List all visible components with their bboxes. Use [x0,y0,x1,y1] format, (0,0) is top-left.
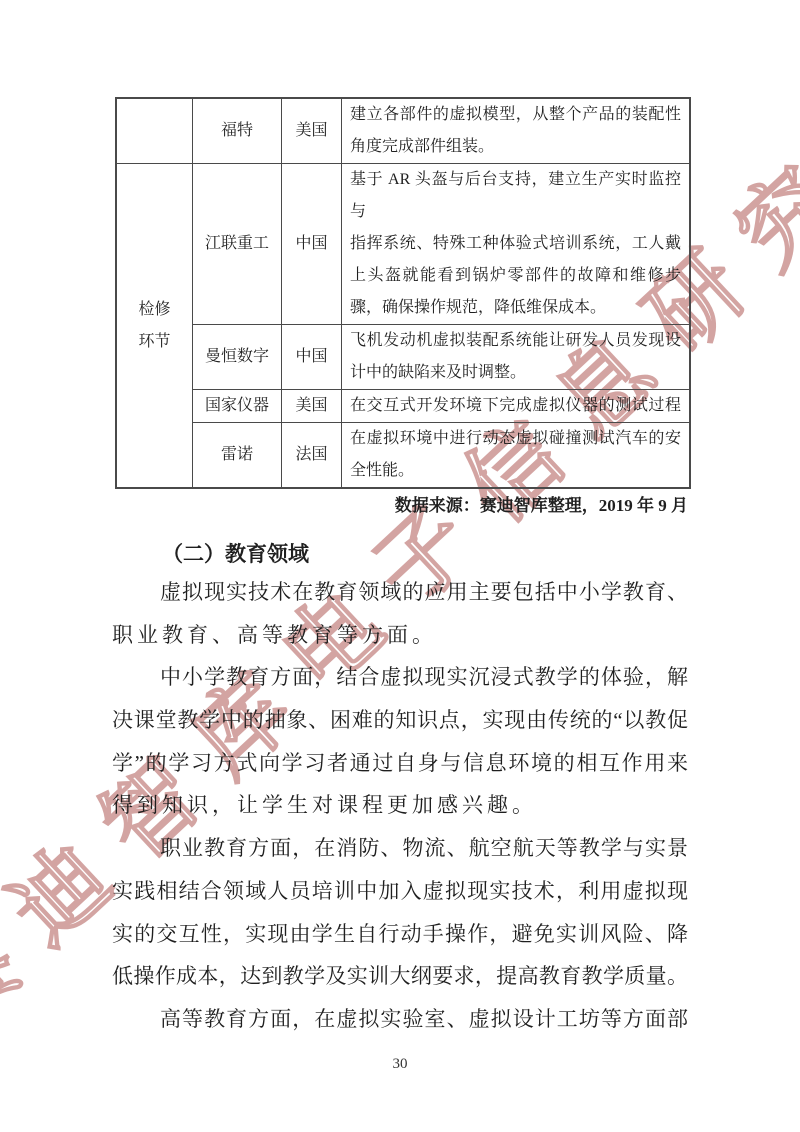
table-row: 福特美国建立各部件的虚拟模型，从整个产品的装配性角度完成部件组装。 [116,98,690,164]
table-row: 曼恒数字中国飞机发动机虚拟装配系统能让研发人员发现设计中的缺陷来及时调整。 [116,325,690,390]
table-row: 国家仪器美国在交互式开发环境下完成虚拟仪器的测试过程 [116,390,690,423]
description-cell: 飞机发动机虚拟装配系统能让研发人员发现设计中的缺陷来及时调整。 [342,325,691,390]
paragraph-line: 低操作成本，达到教学及实训大纲要求，提高教育教学质量。 [112,955,688,998]
data-source-note: 数据来源：赛迪智库整理，2019 年 9 月 [112,494,688,518]
country-cell: 中国 [282,164,342,325]
company-cell: 国家仪器 [193,390,282,423]
description-line: 飞机发动机虚拟装配系统能让研发人员发现设 [342,325,689,357]
description-line: 上头盔就能看到锅炉零部件的故障和维修步 [342,260,689,292]
description-line: 指挥系统、特殊工种体验式培训系统，工人戴 [342,228,689,260]
paragraph: 高等教育方面，在虚拟实验室、虚拟设计工坊等方面部 [112,998,688,1041]
paragraph-line: 虚拟现实技术在教育领域的应用主要包括中小学教育、 [112,571,688,614]
paragraph-line: 职业教育方面，在消防、物流、航空航天等教学与实景 [112,827,688,870]
paragraph-line: 职业教育、高等教育等方面。 [112,614,688,657]
description-line: 在虚拟环境中进行动态虚拟碰撞测试汽车的安 [342,423,689,455]
description-line: 在交互式开发环境下完成虚拟仪器的测试过程 [342,390,689,422]
paragraph-line: 得到知识，让学生对课程更加感兴趣。 [112,784,688,827]
description-cell: 在交互式开发环境下完成虚拟仪器的测试过程 [342,390,691,423]
document-page: 赛迪智库电子信息研究所 福特美国建立各部件的虚拟模型，从整个产品的装配性角度完成… [0,0,800,1132]
description-cell: 在虚拟环境中进行动态虚拟碰撞测试汽车的安全性能。 [342,423,691,489]
company-cell: 福特 [193,98,282,164]
company-cell: 雷诺 [193,423,282,489]
group-cell: 检修环节 [116,164,193,489]
paragraph-line: 决课堂教学中的抽象、困难的知识点，实现由传统的“以教促 [112,699,688,742]
page-number: 30 [112,1056,688,1073]
vr-application-table: 福特美国建立各部件的虚拟模型，从整个产品的装配性角度完成部件组装。检修环节江联重… [115,97,691,489]
table-row: 检修环节江联重工中国基于 AR 头盔与后台支持，建立生产实时监控与指挥系统、特殊… [116,164,690,325]
description-line: 骤，确保操作规范，降低维保成本。 [342,292,689,324]
company-cell: 曼恒数字 [193,325,282,390]
paragraph-line: 中小学教育方面，结合虚拟现实沉浸式教学的体验，解 [112,656,688,699]
description-line: 全性能。 [342,455,689,487]
table-row: 雷诺法国在虚拟环境中进行动态虚拟碰撞测试汽车的安全性能。 [116,423,690,489]
description-line: 建立各部件的虚拟模型，从整个产品的装配性 [342,99,689,131]
paragraph-line: 学”的学习方式向学习者通过自身与信息环境的相互作用来 [112,742,688,785]
application-table-body: 福特美国建立各部件的虚拟模型，从整个产品的装配性角度完成部件组装。检修环节江联重… [116,98,690,488]
section-heading: （二）教育领域 [162,539,688,570]
company-cell: 江联重工 [193,164,282,325]
paragraph-line: 高等教育方面，在虚拟实验室、虚拟设计工坊等方面部 [112,998,688,1041]
country-cell: 法国 [282,423,342,489]
description-cell: 基于 AR 头盔与后台支持，建立生产实时监控与指挥系统、特殊工种体验式培训系统，… [342,164,691,325]
description-line: 角度完成部件组装。 [342,131,689,163]
description-line: 基于 AR 头盔与后台支持，建立生产实时监控与 [342,164,689,228]
country-cell: 美国 [282,98,342,164]
body-paragraphs: 虚拟现实技术在教育领域的应用主要包括中小学教育、职业教育、高等教育等方面。中小学… [112,571,688,1041]
paragraph: 虚拟现实技术在教育领域的应用主要包括中小学教育、职业教育、高等教育等方面。 [112,571,688,656]
paragraph-line: 实的交互性，实现由学生自行动手操作，避免实训风险、降 [112,913,688,956]
country-cell: 美国 [282,390,342,423]
group-cell [116,98,193,164]
country-cell: 中国 [282,325,342,390]
page-content: 福特美国建立各部件的虚拟模型，从整个产品的装配性角度完成部件组装。检修环节江联重… [112,97,688,1073]
paragraph-line: 实践相结合领域人员培训中加入虚拟现实技术，利用虚拟现 [112,870,688,913]
description-cell: 建立各部件的虚拟模型，从整个产品的装配性角度完成部件组装。 [342,98,691,164]
description-line: 计中的缺陷来及时调整。 [342,357,689,389]
paragraph: 中小学教育方面，结合虚拟现实沉浸式教学的体验，解决课堂教学中的抽象、困难的知识点… [112,656,688,827]
paragraph: 职业教育方面，在消防、物流、航空航天等教学与实景实践相结合领域人员培训中加入虚拟… [112,827,688,998]
